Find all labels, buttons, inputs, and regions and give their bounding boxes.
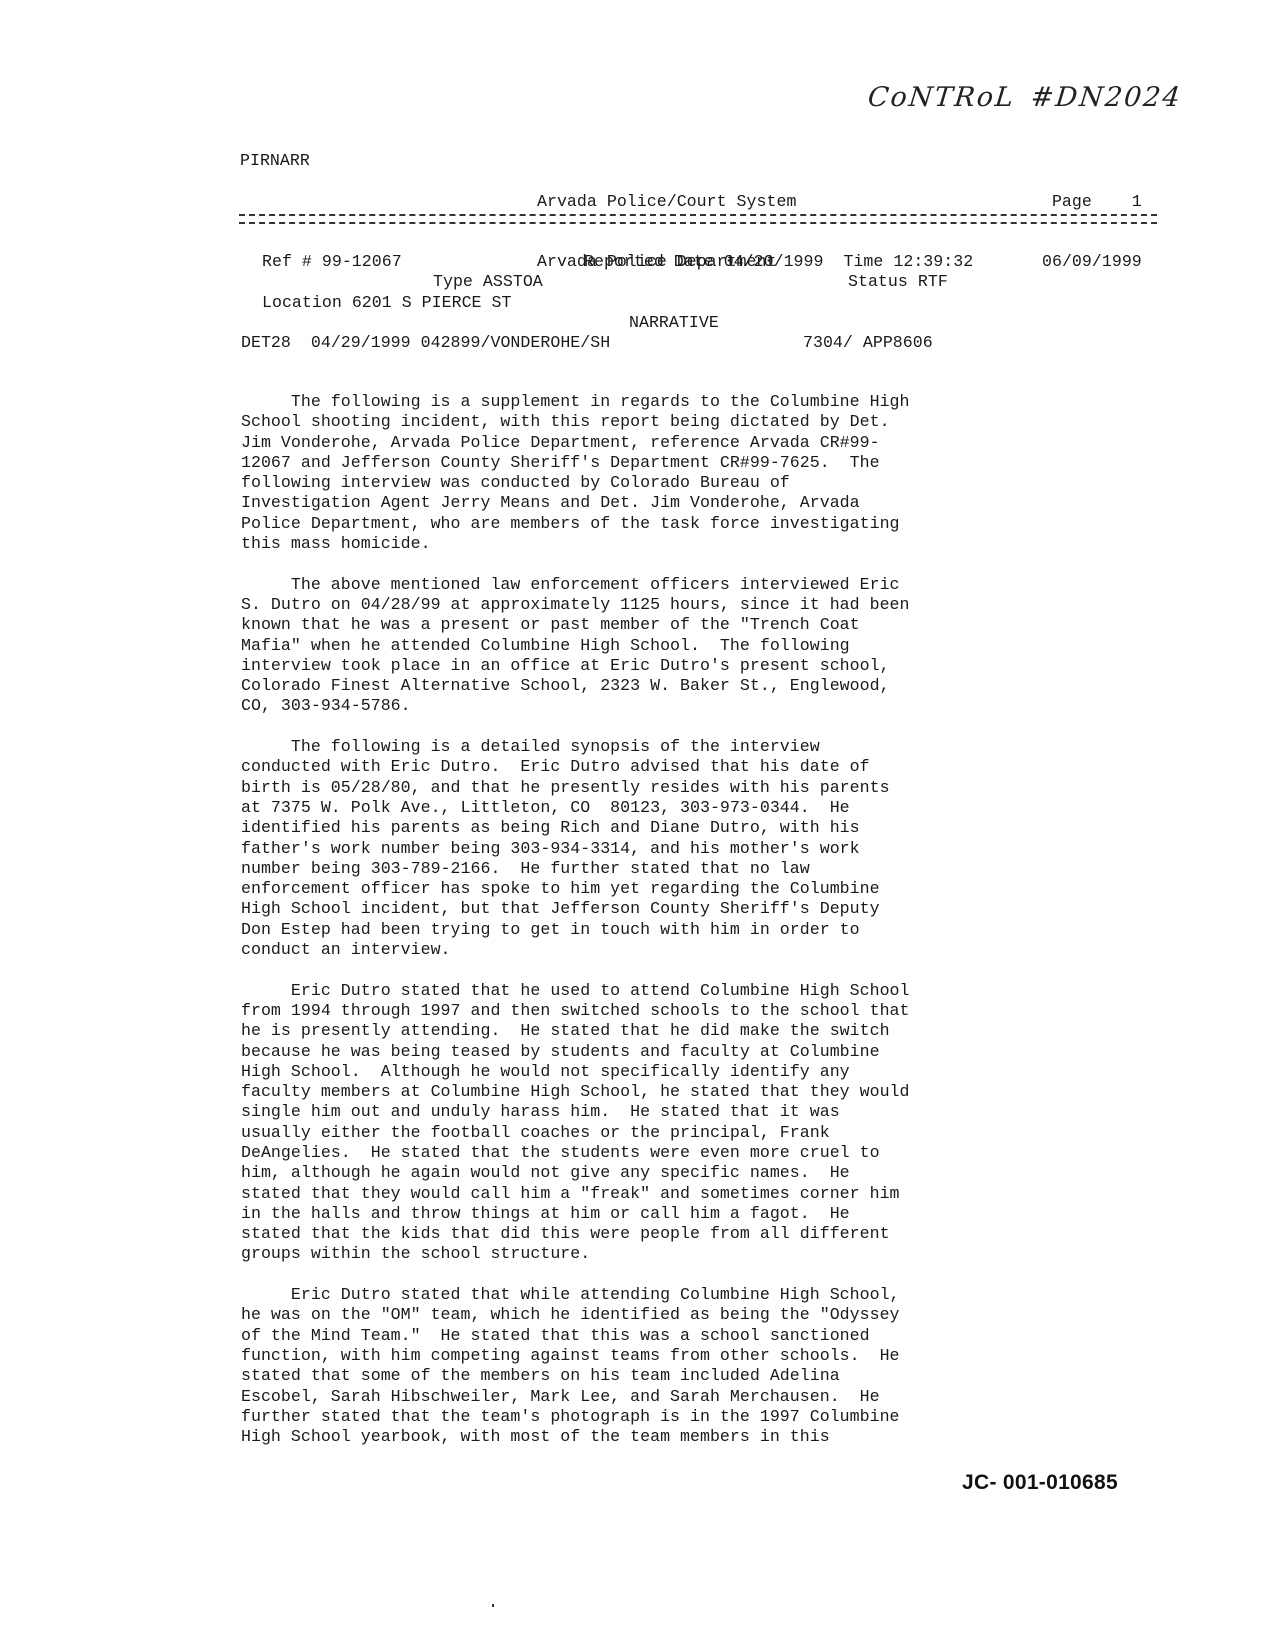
time-label: Time (843, 252, 883, 271)
case-location: 6201 S PIERCE ST (352, 293, 512, 312)
narrative-line: he was on the "OM" team, which he identi… (241, 1305, 910, 1325)
reported-date-label: Reported Date (584, 252, 714, 271)
narrative-line: known that he was a present or past memb… (241, 615, 910, 635)
narrative-line: The following is a detailed synopsis of … (241, 737, 910, 757)
ref-number: 99-12067 (322, 252, 402, 271)
narrative-line: S. Dutro on 04/28/99 at approximately 11… (241, 595, 910, 615)
document-page: CoNTRoL#DN2024 PIRNARR Arvada Police/Cou… (0, 0, 1275, 1650)
narrative-line: stated that they would call him a "freak… (241, 1184, 910, 1204)
narrative-line: DeAngelies. He stated that the students … (241, 1143, 910, 1163)
narrative-paragraph: The following is a detailed synopsis of … (241, 737, 910, 960)
narrative-line: function, with him competing against tea… (241, 1346, 910, 1366)
reported-date: 04/20/1999 (724, 252, 824, 271)
narrative-line: Eric Dutro stated that he used to attend… (241, 981, 910, 1001)
narrative-line: enforcement officer has spoke to him yet… (241, 879, 910, 899)
narrative-line: Escobel, Sarah Hibschweiler, Mark Lee, a… (241, 1387, 910, 1407)
narrative-line: The following is a supplement in regards… (241, 392, 910, 412)
unit-code: 7304/ APP8606 (803, 333, 933, 353)
narrative-line: this mass homicide. (241, 534, 910, 554)
narrative-line: Don Estep had been trying to get in touc… (241, 920, 910, 940)
narrative-line: Jim Vonderohe, Arvada Police Department,… (241, 433, 910, 453)
bates-number: JC- 001-010685 (962, 1471, 1118, 1495)
narrative-line: of the Mind Team." He stated that this w… (241, 1326, 910, 1346)
narrative-body: The following is a supplement in regards… (241, 392, 910, 1468)
narrative-line: interview took place in an office at Eri… (241, 656, 910, 676)
narrative-line: in the halls and throw things at him or … (241, 1204, 910, 1224)
narrative-line: further stated that the team's photograp… (241, 1407, 910, 1427)
narrative-line: High School. Although he would not speci… (241, 1062, 910, 1082)
ref-line: Ref # 99-12067 (262, 252, 402, 272)
status-label: Status (848, 272, 908, 291)
officer-code: DET28 (241, 333, 291, 352)
narrative-line: High School yearbook, with most of the t… (241, 1427, 910, 1447)
narrative-line: faculty members at Columbine High School… (241, 1082, 910, 1102)
header-divider (239, 214, 1157, 224)
location-label: Location (262, 293, 342, 312)
case-type: ASSTOA (483, 272, 543, 291)
narrative-line: groups within the school structure. (241, 1244, 910, 1264)
report-time: 12:39:32 (893, 252, 973, 271)
narrative-line: Mafia" when he attended Columbine High S… (241, 636, 910, 656)
narrative-paragraph: The above mentioned law enforcement offi… (241, 575, 910, 717)
narrative-paragraph: Eric Dutro stated that he used to attend… (241, 981, 910, 1265)
narrative-line: father's work number being 303-934-3314,… (241, 839, 910, 859)
narrative-line: following interview was conducted by Col… (241, 473, 910, 493)
narrative-line: identified his parents as being Rich and… (241, 818, 910, 838)
narrative-line: Eric Dutro stated that while attending C… (241, 1285, 910, 1305)
narrative-paragraph: Eric Dutro stated that while attending C… (241, 1285, 910, 1447)
program-id: PIRNARR (240, 151, 310, 171)
entry-date: 04/29/1999 (311, 333, 411, 352)
location-line: Location 6201 S PIERCE ST (262, 293, 511, 313)
handwritten-control-number: CoNTRoL#DN2024 (866, 82, 1183, 113)
narrative-line: birth is 05/28/80, and that he presently… (241, 778, 910, 798)
narrative-line: 12067 and Jefferson County Sheriff's Dep… (241, 453, 910, 473)
report-type: NARRATIVE (537, 313, 796, 333)
narrative-line: The above mentioned law enforcement offi… (241, 575, 910, 595)
narrative-line: at 7375 W. Polk Ave., Littleton, CO 8012… (241, 798, 910, 818)
handwritten-control-label: CoNTRoL (866, 82, 1016, 113)
type-line: Type ASSTOA (433, 272, 543, 292)
narrative-line: single him out and unduly harass him. He… (241, 1102, 910, 1122)
narrative-line: because he was being teased by students … (241, 1042, 910, 1062)
type-label: Type (433, 272, 473, 291)
page-number-line: Page 1 (1042, 192, 1142, 212)
narrative-line: him, although he again would not give an… (241, 1163, 910, 1183)
narrative-line: High School incident, but that Jefferson… (241, 899, 910, 919)
reported-line: Reported Date 04/20/1999 Time 12:39:32 (584, 252, 973, 272)
narrative-line: from 1994 through 1997 and then switched… (241, 1001, 910, 1021)
narrative-line: conducted with Eric Dutro. Eric Dutro ad… (241, 757, 910, 777)
narrative-paragraph: The following is a supplement in regards… (241, 392, 910, 554)
narrative-line: stated that the kids that did this were … (241, 1224, 910, 1244)
page-info: Page 1 06/09/1999 (1042, 151, 1142, 313)
narrative-line: conduct an interview. (241, 940, 910, 960)
narrative-line: Police Department, who are members of th… (241, 514, 910, 534)
scan-speck (492, 1604, 494, 1607)
narrative-line: CO, 303-934-5786. (241, 696, 910, 716)
print-date: 06/09/1999 (1042, 252, 1142, 272)
narrative-line: School shooting incident, with this repo… (241, 412, 910, 432)
handwritten-control-value: #DN2024 (1029, 82, 1183, 113)
page-label: Page (1052, 192, 1092, 211)
status-line: Status RTF (848, 272, 948, 292)
system-name: Arvada Police/Court System (537, 192, 796, 212)
entry-ref: 042899/VONDEROHE/SH (421, 333, 611, 352)
case-status: RTF (918, 272, 948, 291)
narrative-line: Colorado Finest Alternative School, 2323… (241, 676, 910, 696)
narrative-line: usually either the football coaches or t… (241, 1123, 910, 1143)
narrative-line: Investigation Agent Jerry Means and Det.… (241, 493, 910, 513)
ref-label: Ref # (262, 252, 312, 271)
narrative-line: stated that some of the members on his t… (241, 1366, 910, 1386)
page-number: 1 (1132, 192, 1142, 211)
narrative-line: number being 303-789-2166. He further st… (241, 859, 910, 879)
entry-line: DET28 04/29/1999 042899/VONDEROHE/SH (241, 333, 610, 353)
narrative-line: he is presently attending. He stated tha… (241, 1021, 910, 1041)
